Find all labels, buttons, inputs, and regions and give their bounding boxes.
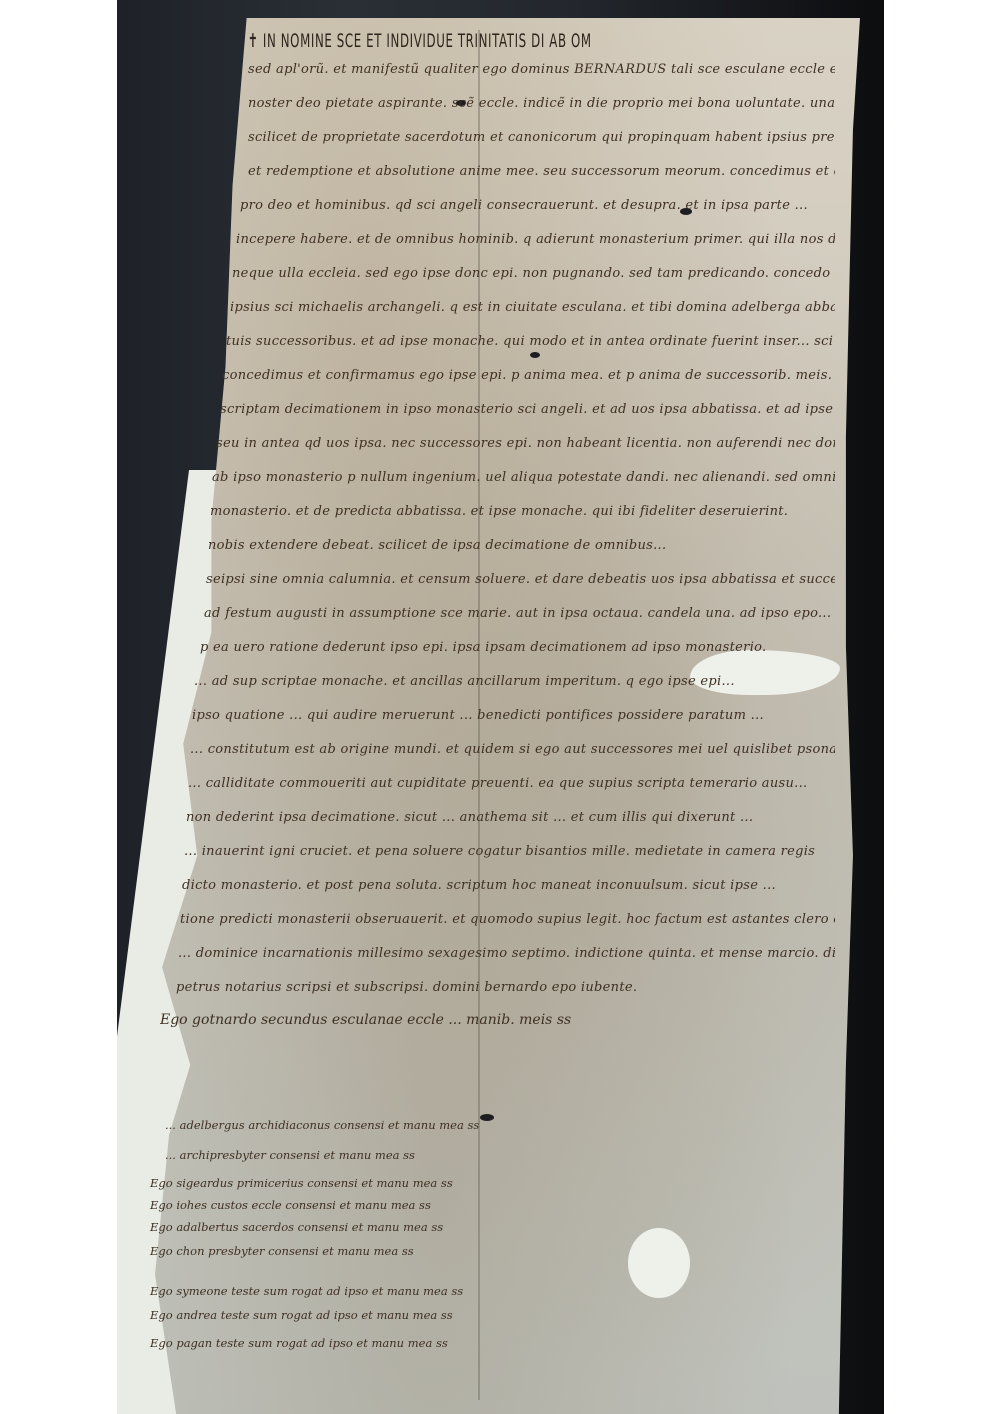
- charter-line: neque ulla eccleia. sed ego ipse donc ep…: [232, 266, 835, 281]
- charter-line: seipsi sine omnia calumnia. et censum so…: [206, 572, 835, 587]
- signatory-line: Ego chon presbyter consensi et manu mea …: [150, 1244, 414, 1258]
- charter-line: nobis extendere debeat. scilicet de ipsa…: [208, 538, 835, 553]
- charter-line: seu in antea qd uos ipsa. nec successore…: [216, 436, 835, 451]
- signatory-line: Ego sigeardus primicerius consensi et ma…: [150, 1176, 453, 1190]
- charter-line: concedimus et confirmamus ego ipse epi. …: [222, 368, 835, 383]
- small-hole: [480, 1114, 494, 1121]
- charter-line: ab ipso monasterio p nullum ingenium. ue…: [212, 470, 835, 485]
- charter-line: et redemptione et absolutione anime mee.…: [248, 164, 835, 179]
- charter-line: ipso quatione ... qui audire meruerunt .…: [192, 708, 835, 723]
- charter-line: ... ad sup scriptae monache. et ancillas…: [194, 674, 835, 689]
- charter-line: incepere habere. et de omnibus hominib. …: [236, 232, 835, 247]
- charter-line: sed apl'orũ. et manifestũ qualiter ego d…: [248, 62, 835, 77]
- charter-line: petrus notarius scripsi et subscripsi. d…: [176, 980, 835, 995]
- signatory-line: Ego pagan teste sum rogat ad ipso et man…: [150, 1336, 448, 1350]
- charter-line: monasterio. et de predicta abbatissa. et…: [210, 504, 835, 519]
- charter-line: ... constitutum est ab origine mundi. et…: [190, 742, 835, 757]
- charter-line: ipsius sci michaelis archangeli. q est i…: [230, 300, 835, 315]
- main-subscription: Ego gotnardo secundus esculanae eccle ..…: [160, 1012, 790, 1028]
- damage-hole: [628, 1228, 690, 1298]
- charter-line: noster deo pietate aspirante. scẽ eccle.…: [248, 96, 835, 111]
- charter-line: ... inauerint igni cruciet. et pena solu…: [184, 844, 835, 859]
- signatory-line: Ego iohes custos eccle consensi et manu …: [150, 1198, 431, 1212]
- charter-line: ... dominice incarnationis millesimo sex…: [178, 946, 835, 961]
- signatory-line: Ego adalbertus sacerdos consensi et manu…: [150, 1220, 443, 1234]
- charter-line: non dederint ipsa decimatione. sicut ...…: [186, 810, 835, 825]
- signatory-line: ... archipresbyter consensi et manu mea …: [165, 1148, 415, 1162]
- charter-line: pro deo et hominibus. qd sci angeli cons…: [240, 198, 835, 213]
- charter-line: scriptam decimationem in ipso monasterio…: [220, 402, 835, 417]
- charter-line: p ea uero ratione dederunt ipso epi. ips…: [200, 640, 835, 655]
- signatory-line: Ego andrea teste sum rogat ad ipso et ma…: [150, 1308, 453, 1322]
- charter-line: tuis successoribus. et ad ipse monache. …: [226, 334, 835, 349]
- charter-line: dicto monasterio. et post pena soluta. s…: [182, 878, 835, 893]
- charter-line: tione predicti monasterii obseruauerit. …: [180, 912, 835, 927]
- charter-line: ad festum augusti in assumptione sce mar…: [204, 606, 835, 621]
- small-hole: [530, 352, 540, 358]
- signatory-line: ... adelbergus archidiaconus consensi et…: [165, 1118, 479, 1132]
- charter-line: ... calliditate commoueriti aut cupidita…: [188, 776, 835, 791]
- signatory-line: Ego symeone teste sum rogat ad ipso et m…: [150, 1284, 463, 1298]
- charter-heading: ✝ IN NOMINE SCE ET INDIVIDUE TRINITATIS …: [248, 30, 590, 52]
- charter-line: scilicet de proprietate sacerdotum et ca…: [248, 130, 835, 145]
